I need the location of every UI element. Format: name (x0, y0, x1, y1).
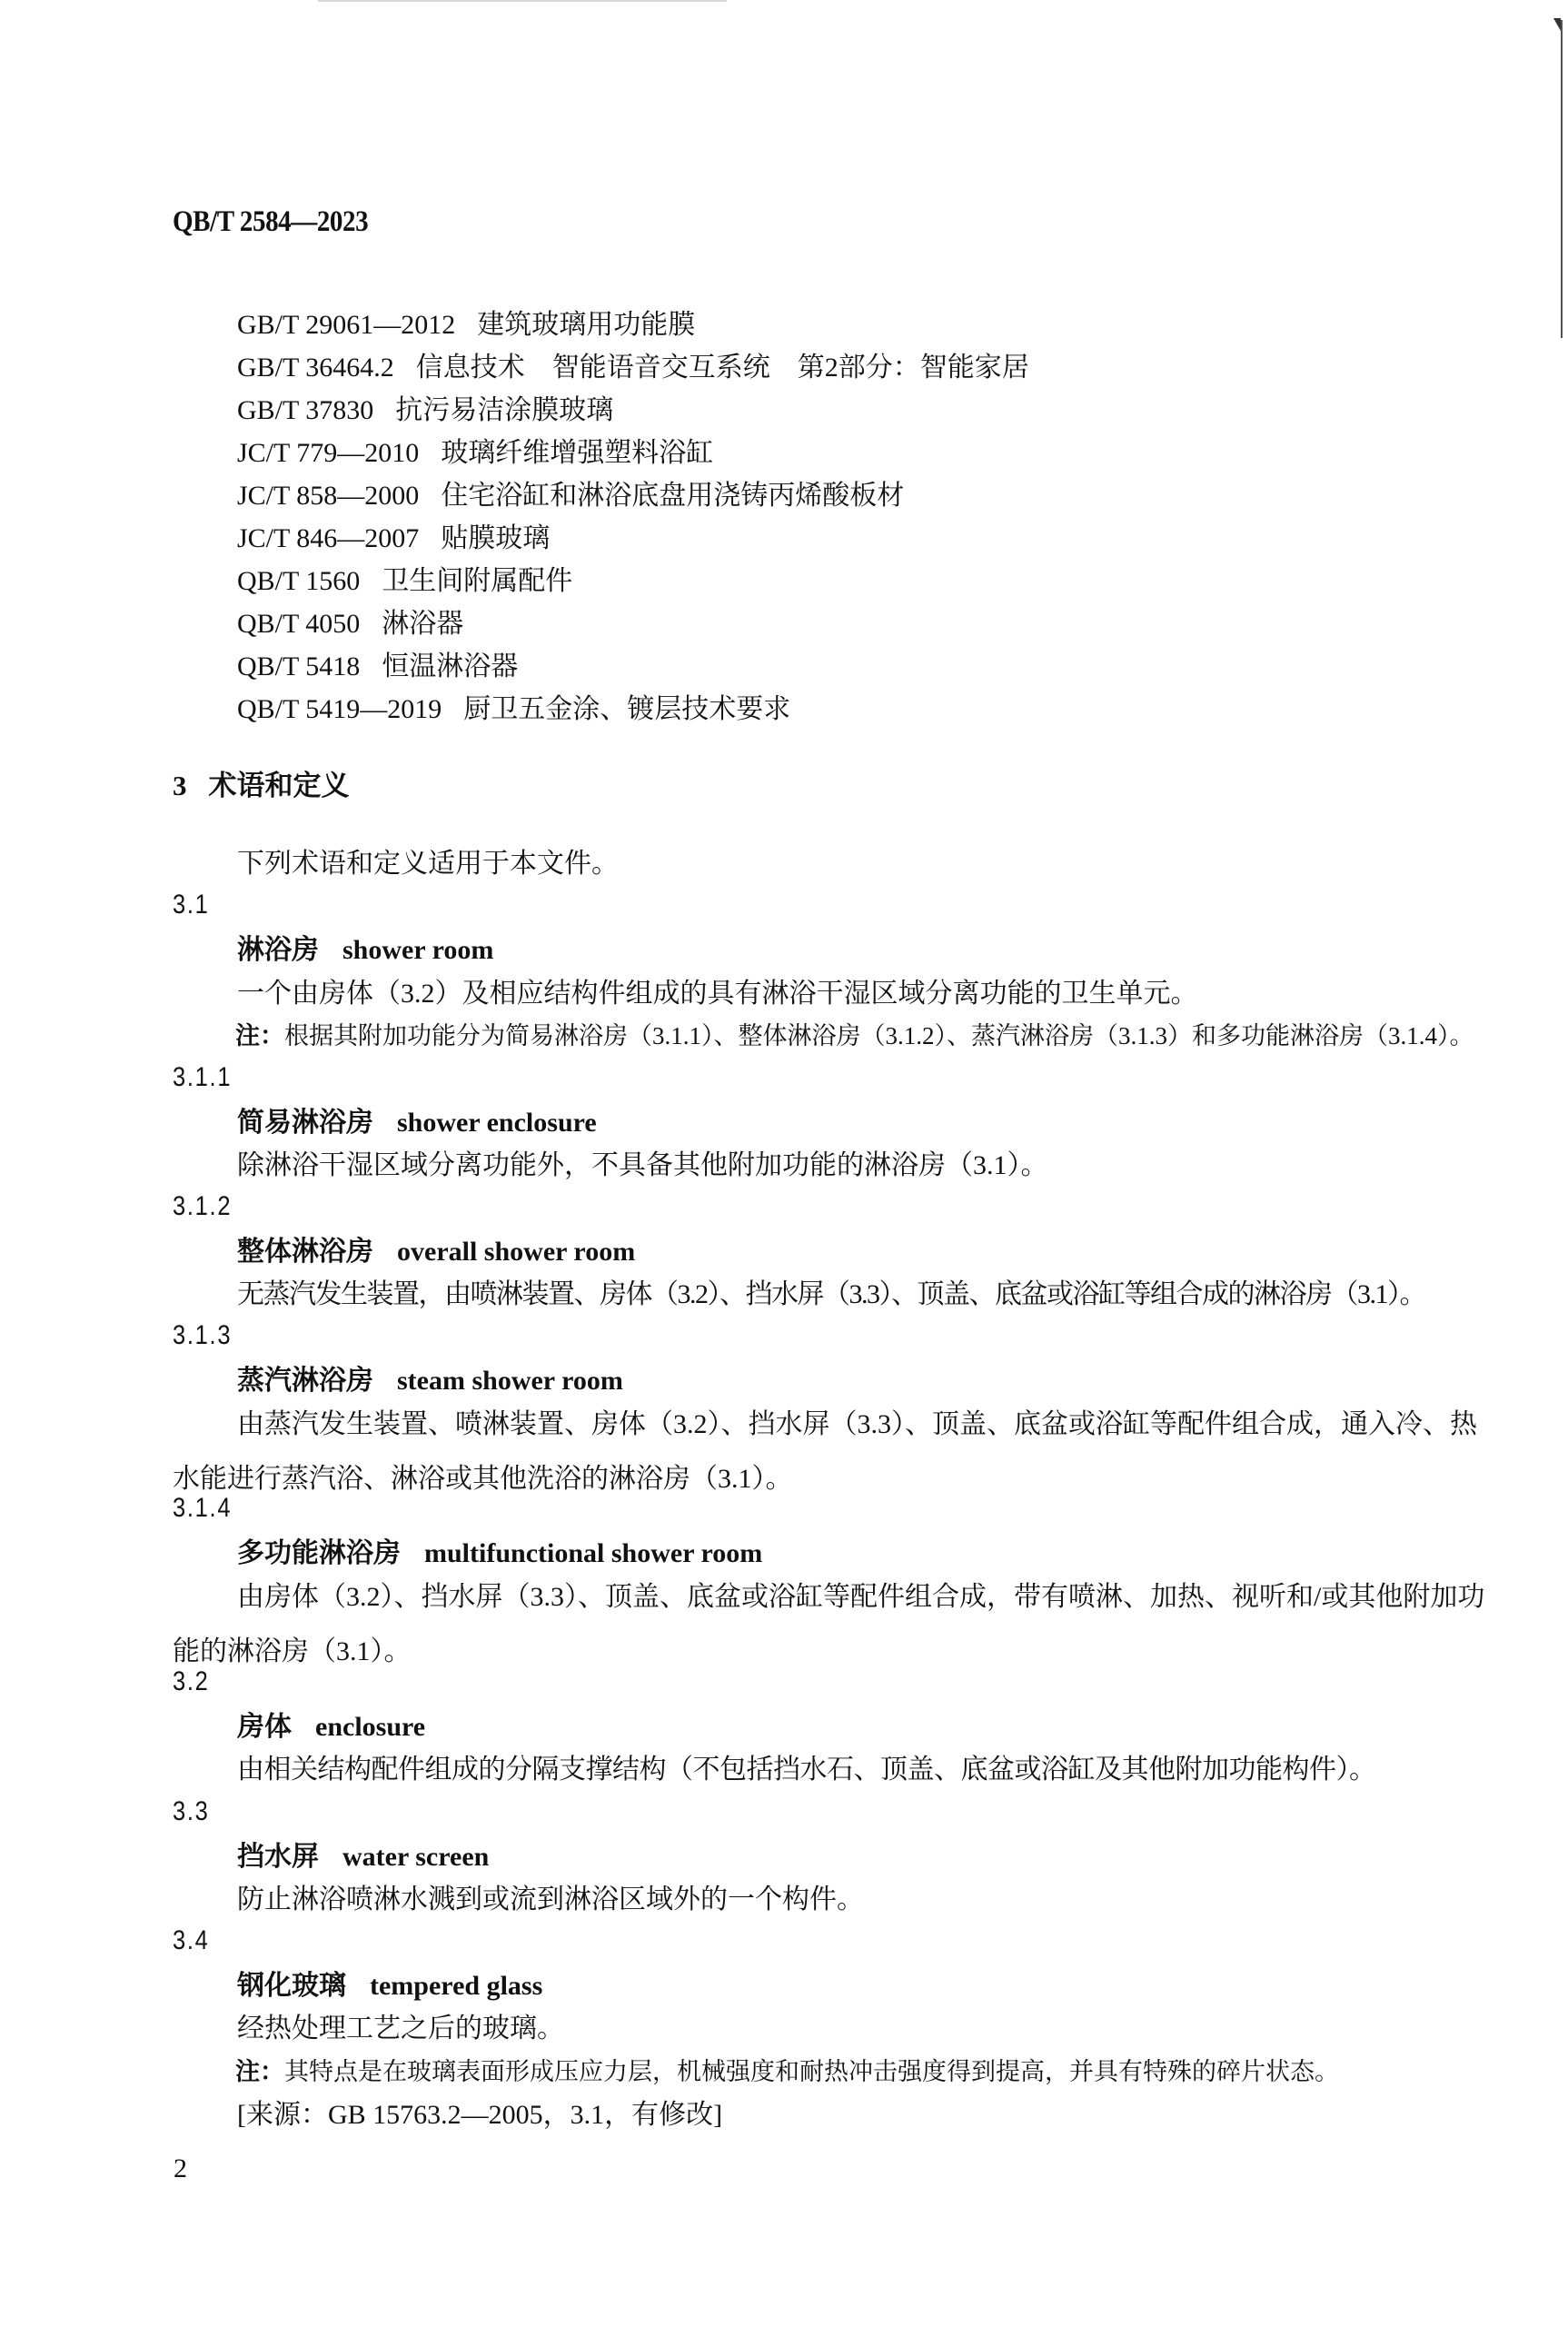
term-number: 3.3 (173, 1795, 210, 1828)
term-definition: 由房体（3.2）、挡水屏（3.3）、顶盖、底盆或浴缸等配件组合成，带有喷淋、加热… (173, 1570, 1494, 1679)
term-definition: 除淋浴干湿区域分离功能外，不具备其他附加功能的淋浴房（3.1）。 (237, 1149, 1048, 1182)
scan-edge-top (318, 0, 727, 2)
reference-title: 贴膜玻璃 (441, 522, 550, 555)
term-zh: 蒸汽淋浴房 (237, 1366, 373, 1396)
term-definition: 由相关结构配件组成的分隔支撑结构（不包括挡水石、顶盖、底盆或浴缸及其他附加功能构… (237, 1754, 1376, 1786)
term-heading: 整体淋浴房overall shower room (237, 1236, 635, 1268)
reference-code: GB/T 37830 (237, 394, 373, 427)
section-title: 术语和定义 (209, 770, 350, 801)
term-heading: 钢化玻璃tempered glass (237, 1970, 542, 2003)
reference-item: QB/T 5418恒温淋浴器 (237, 651, 518, 683)
note-text: 其特点是在玻璃表面形成压应力层，机械强度和耐热冲击强度得到提高，并具有特殊的碎片… (284, 2058, 1339, 2085)
term-zh: 整体淋浴房 (237, 1237, 373, 1267)
scan-corner-mark (1553, 18, 1561, 31)
reference-item: QB/T 5419—2019厨卫五金涂、镀层技术要求 (237, 693, 790, 726)
reference-code: QB/T 1560 (237, 565, 360, 598)
term-en: tempered glass (370, 1971, 542, 2001)
term-note: 注：根据其附加功能分为简易淋浴房（3.1.1）、整体淋浴房（3.1.2）、蒸汽淋… (235, 1019, 1474, 1052)
term-zh: 简易淋浴房 (237, 1108, 373, 1138)
term-number: 3.1.2 (173, 1190, 232, 1223)
reference-item: JC/T 846—2007贴膜玻璃 (237, 522, 550, 555)
term-en: overall shower room (397, 1237, 635, 1267)
reference-title: 抗污易洁涂膜玻璃 (395, 394, 613, 427)
term-heading: 多功能淋浴房multifunctional shower room (237, 1537, 762, 1570)
reference-code: QB/T 4050 (237, 608, 360, 641)
term-heading: 挡水屏water screen (237, 1841, 489, 1874)
reference-title: 厨卫五金涂、镀层技术要求 (463, 693, 790, 726)
term-definition: 无蒸汽发生装置，由喷淋装置、房体（3.2）、挡水屏（3.3）、顶盖、底盆或浴缸等… (237, 1278, 1425, 1311)
note-label: 注： (235, 1022, 284, 1049)
term-en: shower enclosure (397, 1108, 597, 1138)
term-number: 3.2 (173, 1666, 210, 1698)
reference-item: QB/T 1560卫生间附属配件 (237, 565, 572, 598)
term-number: 3.1.1 (173, 1061, 232, 1094)
reference-code: QB/T 5418 (237, 651, 360, 683)
reference-title: 玻璃纤维增强塑料浴缸 (441, 437, 713, 470)
term-heading: 淋浴房shower room (237, 934, 493, 967)
term-zh: 多功能淋浴房 (237, 1538, 401, 1568)
term-definition: 一个由房体（3.2）及相应结构件组成的具有淋浴干湿区域分离功能的卫生单元。 (237, 978, 1198, 1010)
term-definition: 由蒸汽发生装置、喷淋装置、房体（3.2）、挡水屏（3.3）、顶盖、底盆或浴缸等配… (173, 1397, 1494, 1507)
page-number: 2 (174, 2153, 187, 2184)
term-en: water screen (342, 1842, 489, 1872)
term-en: shower room (342, 935, 493, 965)
document-code: QB/T 2584—2023 (173, 205, 368, 239)
reference-code: GB/T 29061—2012 (237, 309, 455, 342)
reference-title: 信息技术 智能语音交互系统 第2部分：智能家居 (416, 352, 1029, 384)
reference-code: JC/T 858—2000 (237, 480, 419, 512)
reference-item: GB/T 37830抗污易洁涂膜玻璃 (237, 394, 613, 427)
section-heading: 3术语和定义 (173, 770, 350, 802)
reference-item: JC/T 779—2010玻璃纤维增强塑料浴缸 (237, 437, 713, 470)
term-number: 3.4 (173, 1924, 210, 1957)
term-zh: 房体 (237, 1712, 292, 1742)
term-definition: 经热处理工艺之后的玻璃。 (237, 2013, 564, 2045)
reference-item: GB/T 29061—2012建筑玻璃用功能膜 (237, 309, 695, 342)
term-zh: 钢化玻璃 (237, 1971, 346, 2001)
reference-title: 淋浴器 (382, 608, 463, 641)
term-heading: 蒸汽淋浴房steam shower room (237, 1365, 623, 1397)
reference-item: GB/T 36464.2信息技术 智能语音交互系统 第2部分：智能家居 (237, 352, 1029, 384)
reference-title: 住宅浴缸和淋浴底盘用浇铸丙烯酸板材 (441, 480, 904, 512)
reference-item: JC/T 858—2000住宅浴缸和淋浴底盘用浇铸丙烯酸板材 (237, 480, 904, 512)
term-zh: 挡水屏 (237, 1842, 319, 1872)
reference-title: 建筑玻璃用功能膜 (477, 309, 695, 342)
reference-title: 卫生间附属配件 (382, 565, 572, 598)
term-number: 3.1.3 (173, 1319, 232, 1352)
reference-code: JC/T 779—2010 (237, 437, 419, 470)
note-text: 根据其附加功能分为简易淋浴房（3.1.1）、整体淋浴房（3.1.2）、蒸汽淋浴房… (284, 1022, 1474, 1049)
note-label: 注： (235, 2058, 284, 2085)
term-heading: 房体enclosure (237, 1711, 425, 1744)
reference-code: QB/T 5419—2019 (237, 693, 442, 726)
term-heading: 简易淋浴房shower enclosure (237, 1107, 597, 1139)
term-number: 3.1 (173, 889, 210, 921)
scan-edge-right (1561, 20, 1563, 338)
section-number: 3 (173, 770, 187, 801)
term-zh: 淋浴房 (237, 935, 319, 965)
term-en: enclosure (315, 1712, 425, 1742)
term-en: steam shower room (397, 1366, 623, 1396)
reference-code: JC/T 846—2007 (237, 522, 419, 555)
reference-title: 恒温淋浴器 (382, 651, 518, 683)
term-note: 注：其特点是在玻璃表面形成压应力层，机械强度和耐热冲击强度得到提高，并具有特殊的… (235, 2055, 1339, 2088)
term-number: 3.1.4 (173, 1492, 232, 1525)
term-source: [来源：GB 15763.2—2005，3.1，有修改] (237, 2099, 722, 2132)
reference-code: GB/T 36464.2 (237, 352, 394, 384)
section-intro: 下列术语和定义适用于本文件。 (237, 848, 619, 880)
reference-item: QB/T 4050淋浴器 (237, 608, 463, 641)
term-en: multifunctional shower room (424, 1538, 762, 1568)
term-definition: 防止淋浴喷淋水溅到或流到淋浴区域外的一个构件。 (237, 1884, 864, 1916)
